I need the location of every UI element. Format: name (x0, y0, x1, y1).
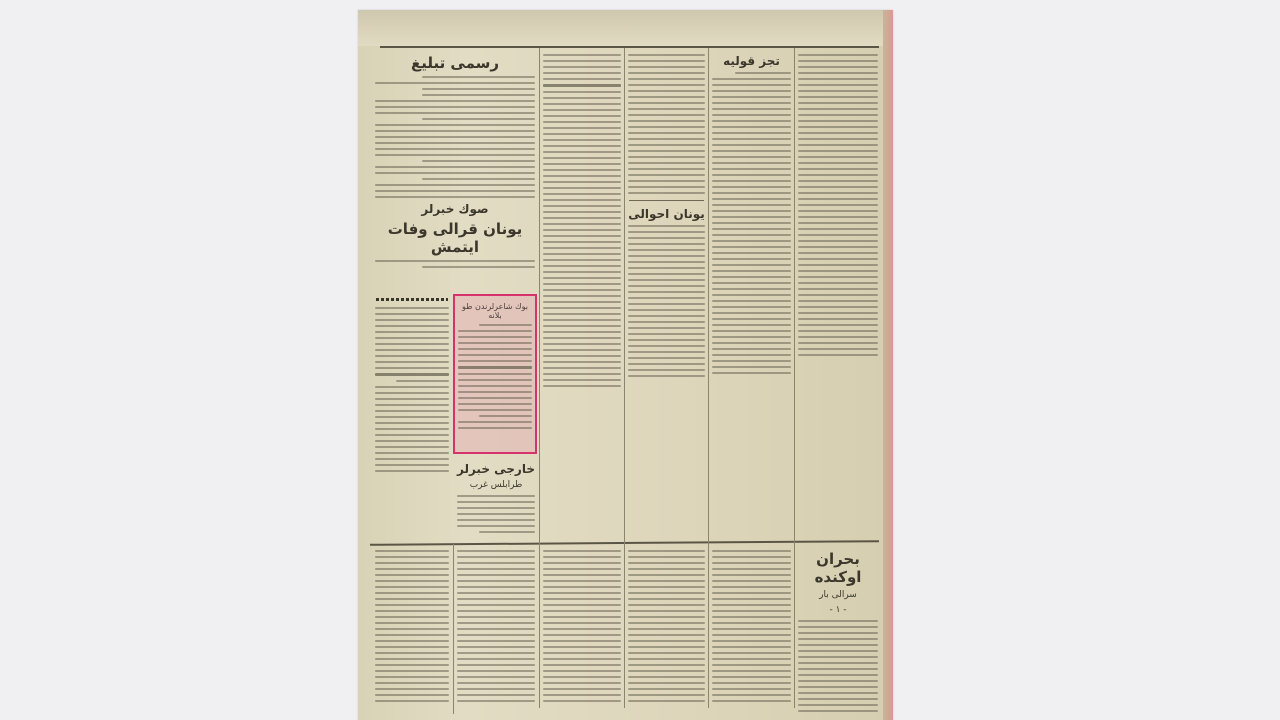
crisis-part-number: - ١ - (795, 605, 881, 616)
heading-col5: تجز قوليه (709, 54, 794, 68)
column-left-lower (372, 292, 452, 542)
top-rule (380, 46, 879, 48)
column-4: يونان احوالى (625, 50, 708, 540)
heading-greek-king-died: يونان قرالى وفات ايتمش (372, 220, 538, 256)
newspaper-page: رسمی تبلیغ صوك خبرلر يونان قرالى وفات اي… (358, 10, 893, 720)
bottom-col-1 (372, 546, 452, 716)
heading-greek-affairs: يونان احوالى (625, 207, 708, 221)
highlighted-article[interactable]: بوك شاعرلرندن طو بلانه (453, 294, 537, 454)
column-6 (795, 50, 881, 540)
column-3 (540, 50, 624, 540)
highlighted-article-title: بوك شاعرلرندن طو بلانه (455, 302, 535, 320)
bottom-col-3 (540, 546, 624, 716)
heading-official-notice: رسمی تبلیغ (372, 54, 538, 72)
subheading-crisis: سرالى بار (795, 590, 881, 601)
bottom-col-4 (625, 546, 708, 716)
bottom-col-5 (709, 546, 794, 716)
bottom-col-6-crisis: بحران اوكنده سرالى بار - ١ - (795, 546, 881, 716)
subheading-tripoli: طرابلس غرب (454, 480, 538, 491)
page-edge (883, 10, 893, 720)
heading-before-crisis: بحران اوكنده (795, 550, 881, 586)
heading-latest-news: صوك خبرلر (372, 202, 538, 216)
heading-foreign-news: خارجى خبرلر (454, 462, 538, 476)
column-foreign-news: خارجى خبرلر طرابلس غرب (454, 458, 538, 542)
bottom-col-2 (454, 546, 538, 716)
page-top-margin (358, 10, 893, 46)
column-5: تجز قوليه (709, 50, 794, 540)
column-official-notice: رسمی تبلیغ صوك خبرلر يونان قرالى وفات اي… (372, 50, 538, 290)
